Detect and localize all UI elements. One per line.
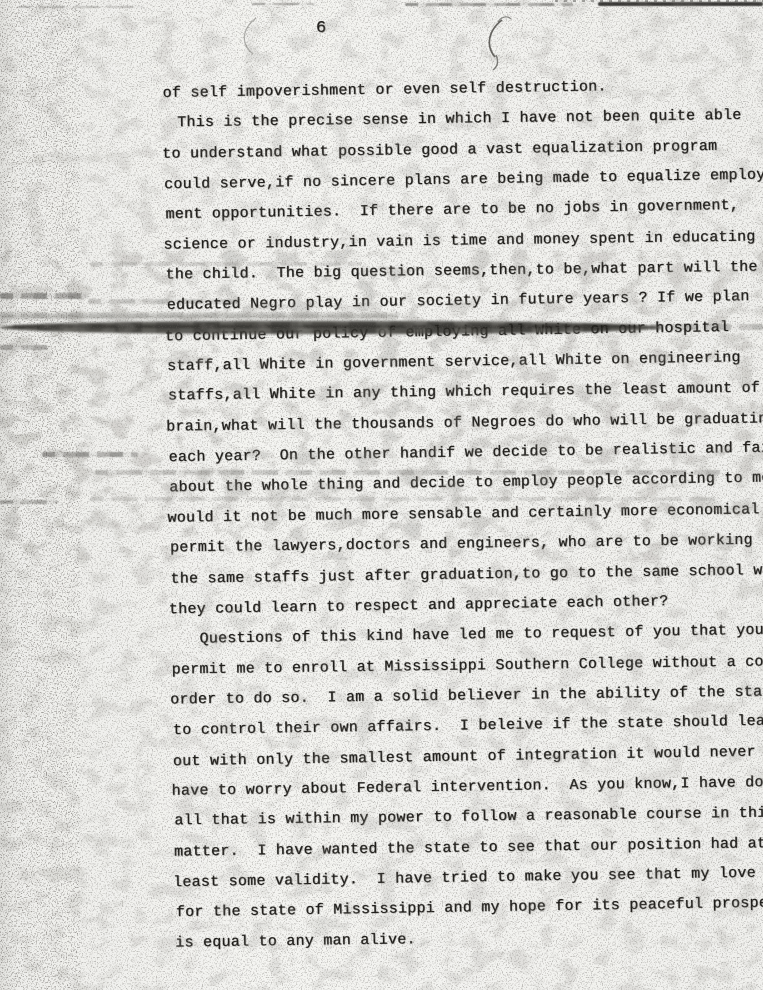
- scan-top-edge-line: [405, 3, 573, 6]
- letter-body: of self impoverishment or even self dest…: [88, 40, 761, 930]
- scan-top-edge-line: [252, 3, 314, 5]
- document-page: 6 of self impoverishment or even self de…: [0, 0, 763, 990]
- page-number: 6: [316, 19, 327, 38]
- scan-top-edge-dots: [555, 0, 763, 2]
- letter-line-text: is equal to any man alive.: [175, 931, 416, 951]
- scan-top-edge-line: [598, 2, 763, 6]
- scan-streak: [0, 293, 88, 299]
- scan-streak: [0, 500, 58, 504]
- scan-streak: [0, 345, 52, 350]
- scan-top-edge-line: [18, 6, 143, 8]
